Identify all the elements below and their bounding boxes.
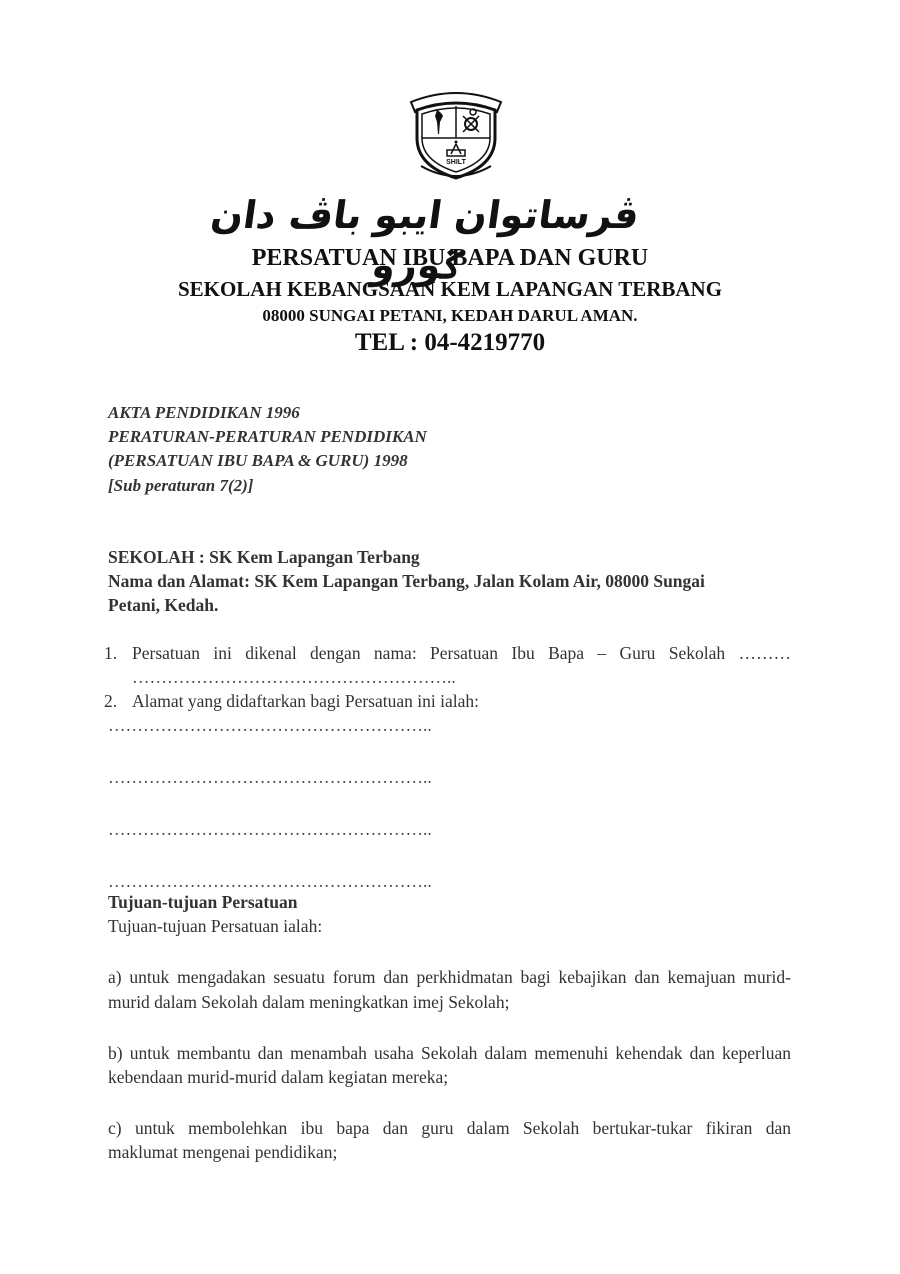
item-2-text: Alamat yang didaftarkan bagi Persatuan i… [132, 691, 479, 712]
school-address: 08000 SUNGAI PETANI, KEDAH DARUL AMAN. [0, 306, 900, 326]
objective-b-line-2: kebendaan murid-murid dalam kegiatan mer… [108, 1067, 448, 1088]
association-name: PERSATUAN IBU BAPA DAN GURU [0, 245, 900, 272]
item-2-number: 2. [104, 691, 117, 712]
regulations-title: PERATURAN-PERATURAN PENDIDIKAN [108, 427, 427, 447]
school-name-address: Nama dan Alamat: SK Kem Lapangan Terbang… [108, 571, 705, 592]
jawi-calligraphy-title: ڤرساتوان ايبو باڤ دان ݢورو [176, 190, 673, 240]
school-crest-icon: SHILT [405, 88, 507, 182]
school-label: SEKOLAH : SK Kem Lapangan Terbang [108, 547, 420, 568]
address-fill-in-line: ……………………………………………….. [108, 819, 432, 840]
school-name: SEKOLAH KEBANGSAAN KEM LAPANGAN TERBANG [0, 277, 900, 302]
objective-c-line-2: maklumat mengenai pendidikan; [108, 1142, 337, 1163]
school-phone: TEL : 04-4219770 [0, 329, 900, 357]
objective-a-line-2: murid dalam Sekolah dalam meningkatkan i… [108, 992, 509, 1013]
act-title: AKTA PENDIDIKAN 1996 [108, 403, 300, 423]
address-fill-in-line: ……………………………………………….. [108, 871, 432, 892]
item-1-text: Persatuan ini dikenal dengan nama: Persa… [132, 643, 791, 664]
regulations-subtitle: (PERSATUAN IBU BAPA & GURU) 1998 [108, 451, 408, 471]
objectives-heading: Tujuan-tujuan Persatuan [108, 892, 297, 913]
objective-a-line-1: a) untuk mengadakan sesuatu forum dan pe… [108, 967, 791, 988]
school-name-address-continued: Petani, Kedah. [108, 595, 218, 616]
item-1-fill-in-line: ……………………………………………….. [132, 667, 456, 688]
address-fill-in-line: ……………………………………………….. [108, 715, 432, 736]
address-fill-in-line: ……………………………………………….. [108, 767, 432, 788]
objective-b-line-1: b) untuk membantu dan menambah usaha Sek… [108, 1043, 791, 1064]
item-1-number: 1. [104, 643, 117, 664]
objective-c-line-1: c) untuk membolehkan ibu bapa dan guru d… [108, 1118, 791, 1139]
objectives-intro: Tujuan-tujuan Persatuan ialah: [108, 916, 322, 937]
svg-text:SHILT: SHILT [446, 159, 466, 166]
sub-regulation-reference: [Sub peraturan 7(2)] [108, 476, 253, 496]
